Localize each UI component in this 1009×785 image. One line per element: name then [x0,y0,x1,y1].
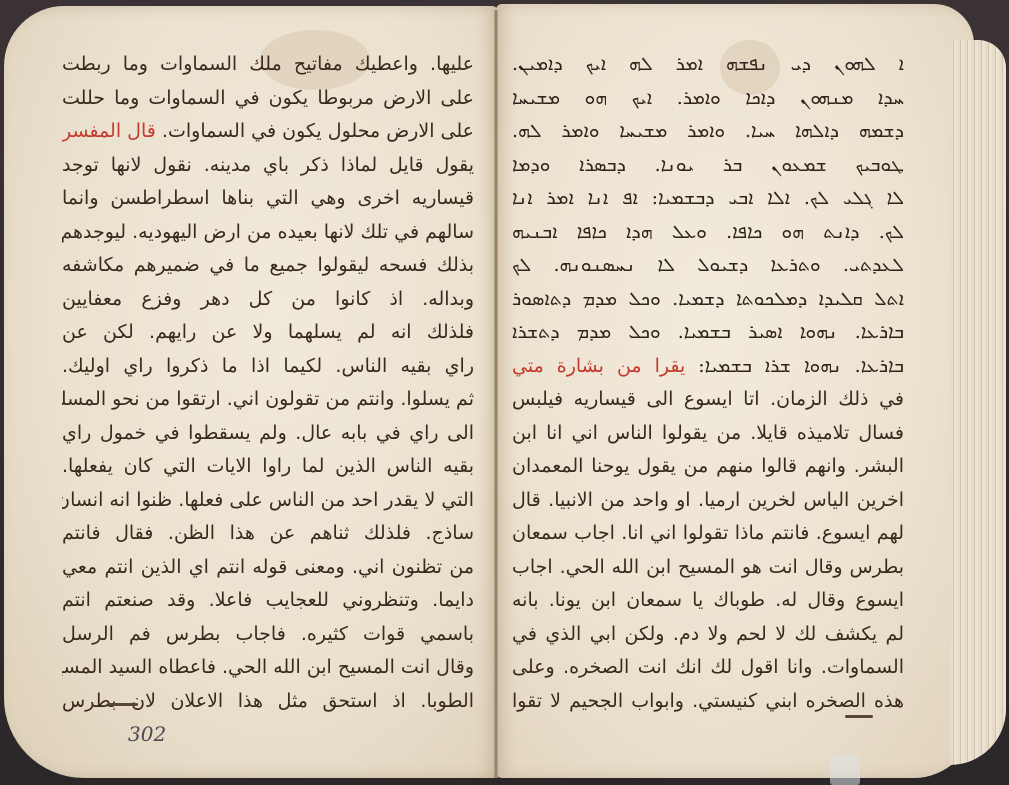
text-line: بذلك فسحه ليقولوا جميع ما في ضميرهم مكاش… [62,249,474,283]
text-line: ܐ ܠܗܘܢ ܕܝ ܢܦܫܗ ܐܡܪ ܠܗ ܐܝܟ ܕܐܡܝܢ. [512,48,904,82]
line-text: الى راي في بابه عال. ولم يسقطوا في خمول … [62,422,474,444]
line-text: الطوبا. اذ استحق مثل هذا الاعلان لان بطر… [62,690,474,712]
line-text: ܒܐܪܥܐ. ܢܗܘܐ ܫܪܐ ܒܫܡܝܐ: [685,355,904,377]
line-text: عليها. واعطيك مفاتيح ملك السماوات وما رب… [62,53,474,75]
line-text: ܒܐܪܥܐ. ܢܗܘܐ ܐܣܝܪ ܒܫܡܝܐ. ܘܟܠ ܡܕܡ ܕܬܫܪܐ [512,321,904,343]
text-line: عليها. واعطيك مفاتيح ملك السماوات وما رب… [62,48,474,82]
text-line: راي بقيه الناس. لكيما اذا ما ذكروا راي ا… [62,350,474,384]
text-line: الطوبا. اذ استحق مثل هذا الاعلان لان بطر… [62,685,474,719]
line-text: على الارض محلول يكون في السماوات. [156,120,474,142]
line-text: بقيه الناس الذين لما راوا الايات التي كا… [62,455,474,477]
text-line: سالهم في تلك لانها بعيده من ارض اليهوديه… [62,216,474,250]
line-text: بطرس وقال انت هو المسيح ابن الله الحي. ا… [512,556,904,578]
line-text: فسال تلاميذه قايلا. من يقولوا الناس اني … [512,422,904,444]
text-line: على الارض محلول يكون في السماوات. قال ال… [62,115,474,149]
line-text: فلذلك انه لم يسلهما ولا عن رايهم. لكن عن [62,321,474,343]
line-text: على الارض مربوطا يكون في السماوات وما حل… [62,87,474,109]
text-line: لهم ايسوع. فانتم ماذا تقولوا اني انا. اج… [512,517,904,551]
line-text: ܠܟ. ܕܐܢܬ ܗܘ ܟܐܦܐ. ܘܥܠ ܗܕܐ ܟܐܦܐ ܐܒܢܝܗ [512,221,904,243]
text-line: دايما. وتنظروني للعجايب فاعلا. وقد صنعتم… [62,584,474,618]
line-text: هذه الصخره ابني كنيستي. وابواب الجحيم لا… [512,690,904,712]
text-line: ܠܐ ܓܠܝ ܠܟ. ܐܠܐ ܐܒܝ ܕܒܫܡܝܐ: ܐܦ ܐܢܐ ܐܡܪ ܐܢ… [512,182,904,216]
line-text: ܐ ܠܗܘܢ ܕܝ ܢܦܫܗ ܐܡܪ ܠܗ ܐܝܟ ܕܐܡܝܢ. [512,53,904,75]
line-text: ساذج. فلذلك ثناهم عن هذا الظن. فقال فانت… [62,522,474,544]
text-line: باسمي قوات كثيره. فاجاب بطرس فم الرسل [62,618,474,652]
page-fore-edge [950,40,1006,765]
text-line: لم يكشف لك لا لحم ولا دم. ولكن ابي الذي … [512,618,904,652]
line-text: ܕܫܡܗ ܕܐܠܗܐ ܚܝܐ. ܘܐܡܪ ܡܫܝܚܐ ܘܐܡܪ ܠܗ. [512,120,904,142]
line-text: ثم يسلوا. وانتم من تقولون اني. ارتقوا من… [62,388,474,410]
line-text: ܚܕܐ ܡܢܗܘܢ ܕܐܟܐ ܘܐܡܪ. ܐܝܟ ܗܘ ܡܫܝܚܐ [512,87,904,109]
line-text: ܐܬܠ ܩܠܝܕܐ ܕܡܠܟܘܬܐ ܕܫܡܝܐ. ܘܟܠ ܡܕܡ ܕܬܐܣܘܪ [512,288,904,310]
text-line: بطرس وقال انت هو المسيح ابن الله الحي. ا… [512,551,904,585]
line-text: السماوات. وانا اقول لك انك انت الصخره. و… [512,656,904,678]
line-text: باسمي قوات كثيره. فاجاب بطرس فم الرسل [62,623,474,645]
line-text: ܠܐ ܓܠܝ ܠܟ. ܐܠܐ ܐܒܝ ܕܒܫܡܝܐ: ܐܦ ܐܢܐ ܐܡܪ ܐܢ… [512,187,904,209]
text-line: على الارض مربوطا يكون في السماوات وما حل… [62,82,474,116]
text-line: ܐܬܠ ܩܠܝܕܐ ܕܡܠܟܘܬܐ ܕܫܡܝܐ. ܘܟܠ ܡܕܡ ܕܬܐܣܘܪ [512,283,904,317]
text-line: فلذلك انه لم يسلهما ولا عن رايهم. لكن عن [62,316,474,350]
text-line: ܕܫܡܗ ܕܐܠܗܐ ܚܝܐ. ܘܐܡܪ ܡܫܝܚܐ ܘܐܡܪ ܠܗ. [512,115,904,149]
text-line: ساذج. فلذلك ثناهم عن هذا الظن. فقال فانت… [62,517,474,551]
line-text: ܛܘܒܝܟ ܫܡܥܘܢ ܒܪ ܝܘܢܐ. ܕܒܣܪܐ ܘܕܡܐ [512,154,904,176]
line-text: بذلك فسحه ليقولوا جميع ما في ضميرهم مكاش… [62,254,474,276]
text-line: فسال تلاميذه قايلا. من يقولوا الناس اني … [512,417,904,451]
line-text: من تظنون اني. ومعنى قوله انتم اي الذين ا… [62,556,474,578]
folio-number: 302 [128,722,166,746]
right-page-text: ܐ ܠܗܘܢ ܕܝ ܢܦܫܗ ܐܡܪ ܠܗ ܐܝܟ ܕܐܡܝܢ.ܚܕܐ ܡܢܗܘ… [512,48,904,718]
text-line: ܠܥܕܬܝ. ܘܬܪܥܐ ܕܫܝܘܠ ܠܐ ܢܚܣܢܘܢܗ. ܠܟ [512,249,904,283]
line-text: راي بقيه الناس. لكيما اذا ما ذكروا راي ا… [62,355,474,377]
line-text: قيساريه اخرى وهي التي بناها اسطراطسن وان… [62,187,474,209]
line-text: في ذلك الزمان. اتا ايسوع الى قيساريه فيل… [512,388,904,410]
end-flourish [108,703,138,706]
line-text: سالهم في تلك لانها بعيده من ارض اليهوديه… [62,221,474,243]
rubric-heading: يقرا من بشارة متي [512,355,685,377]
text-line: وبداله. اذ كانوا من كل دهر وفزع معفايين [62,283,474,317]
text-line: وقال انت المسيح ابن الله الحي. فاعطاه ال… [62,651,474,685]
text-line: السماوات. وانا اقول لك انك انت الصخره. و… [512,651,904,685]
line-text: اخرين الياس لخرين ارميا. او واحد من الان… [512,489,904,511]
line-text: ايسوع وقال له. طوباك يا سمعان ابن يونا. … [512,589,904,611]
line-text: لهم ايسوع. فانتم ماذا تقولوا اني انا. اج… [512,522,904,544]
text-line: ܛܘܒܝܟ ܫܡܥܘܢ ܒܪ ܝܘܢܐ. ܕܒܣܪܐ ܘܕܡܐ [512,149,904,183]
text-line: اخرين الياس لخرين ارميا. او واحد من الان… [512,484,904,518]
text-line: من تظنون اني. ومعنى قوله انتم اي الذين ا… [62,551,474,585]
book-gutter [494,10,498,778]
line-text: البشر. وانهم قالوا منهم من يقول يوحنا ال… [512,455,904,477]
text-line: ايسوع وقال له. طوباك يا سمعان ابن يونا. … [512,584,904,618]
text-line: قيساريه اخرى وهي التي بناها اسطراطسن وان… [62,182,474,216]
rubric-heading: قال المفسر [62,120,156,142]
line-text: ܠܥܕܬܝ. ܘܬܪܥܐ ܕܫܝܘܠ ܠܐ ܢܚܣܢܘܢܗ. ܠܟ [512,254,904,276]
page-clip [830,755,860,785]
line-text: وبداله. اذ كانوا من كل دهر وفزع معفايين [62,288,474,310]
text-line: ܠܟ. ܕܐܢܬ ܗܘ ܟܐܦܐ. ܘܥܠ ܗܕܐ ܟܐܦܐ ܐܒܢܝܗ [512,216,904,250]
line-text: دايما. وتنظروني للعجايب فاعلا. وقد صنعتم… [62,589,474,611]
text-line: البشر. وانهم قالوا منهم من يقول يوحنا ال… [512,450,904,484]
text-line: ܒܐܪܥܐ. ܢܗܘܐ ܫܪܐ ܒܫܡܝܐ: يقرا من بشارة متي [512,350,904,384]
text-line: الى راي في بابه عال. ولم يسقطوا في خمول … [62,417,474,451]
text-line: في ذلك الزمان. اتا ايسوع الى قيساريه فيل… [512,383,904,417]
left-page-text: عليها. واعطيك مفاتيح ملك السماوات وما رب… [62,48,474,718]
line-text: يقول قايل لماذا ذكر باي مدينه. نقول لانه… [62,154,474,176]
line-text: لم يكشف لك لا لحم ولا دم. ولكن ابي الذي … [512,623,904,645]
line-text: وقال انت المسيح ابن الله الحي. فاعطاه ال… [62,656,474,678]
text-line: ثم يسلوا. وانتم من تقولون اني. ارتقوا من… [62,383,474,417]
end-flourish [845,715,873,718]
text-line: ܚܕܐ ܡܢܗܘܢ ܕܐܟܐ ܘܐܡܪ. ܐܝܟ ܗܘ ܡܫܝܚܐ [512,82,904,116]
text-line: يقول قايل لماذا ذكر باي مدينه. نقول لانه… [62,149,474,183]
text-line: بقيه الناس الذين لما راوا الايات التي كا… [62,450,474,484]
text-line: التي لا يقدر احد من الناس على فعلها. ظنو… [62,484,474,518]
text-line: هذه الصخره ابني كنيستي. وابواب الجحيم لا… [512,685,904,719]
line-text: التي لا يقدر احد من الناس على فعلها. ظنو… [62,489,474,511]
text-line: ܒܐܪܥܐ. ܢܗܘܐ ܐܣܝܪ ܒܫܡܝܐ. ܘܟܠ ܡܕܡ ܕܬܫܪܐ [512,316,904,350]
